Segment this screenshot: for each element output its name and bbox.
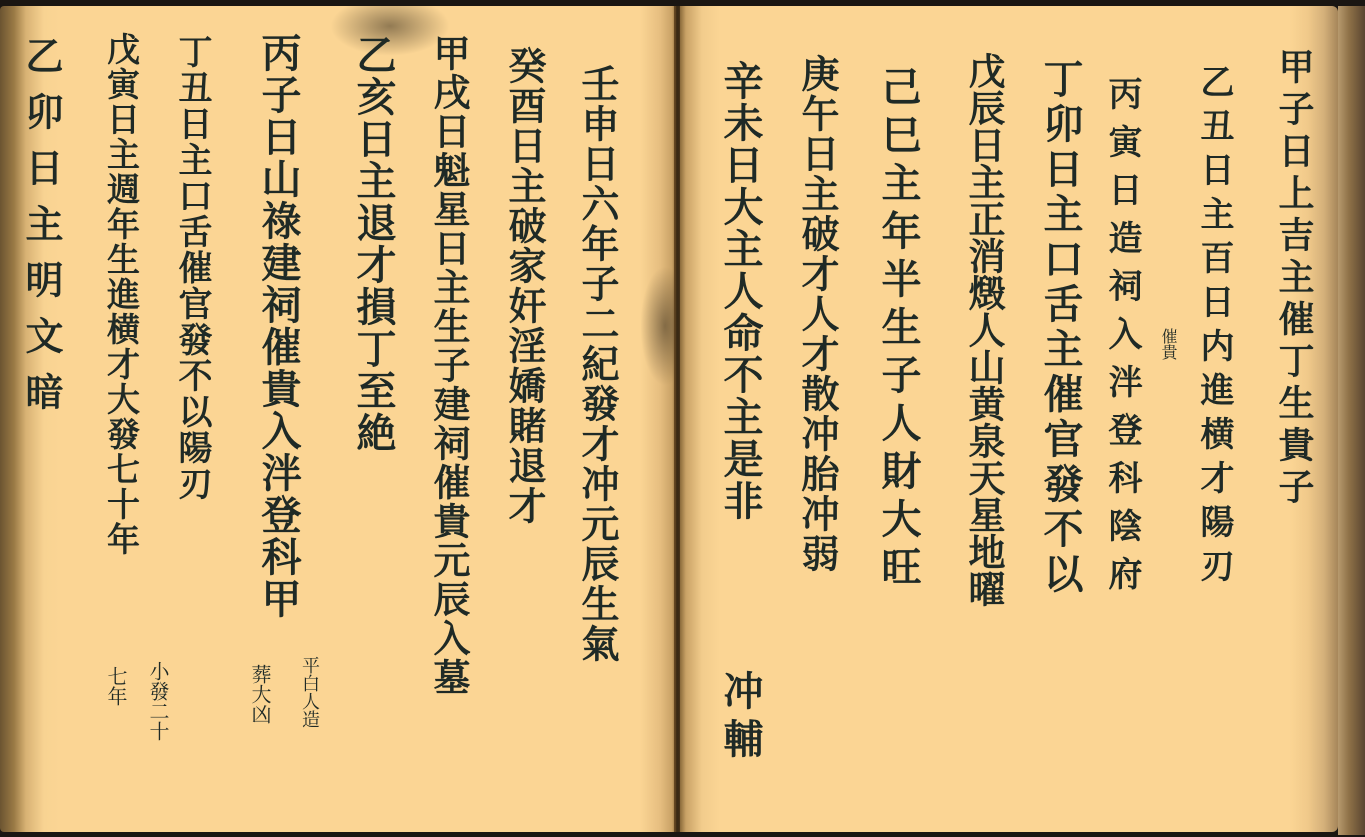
ink-stain (640, 266, 676, 386)
text-column: 丙寅日造祠入泮登科陰府 (1105, 76, 1139, 604)
text-column: 戊寅日主週年生進横才大發七十年 (105, 32, 138, 557)
annotation: 小發二十 (148, 661, 168, 741)
text-column: 丁丑日主口舌催官發不以陽刃 (175, 34, 209, 502)
annotation: 葬大凶 (250, 664, 270, 724)
text-column: 丁卯日主口舌主催官發不以 (1040, 58, 1080, 598)
text-column: 甲戌日魁星日主生子建祠催貴元辰入墓 (430, 34, 467, 697)
annotation: 催貴 (1160, 328, 1176, 360)
open-book: 壬申日六年子二紀發才冲元辰生氣 癸酉日主破家奸淫嬌賭退才 甲戌日魁星日主生子建祠… (0, 6, 1365, 835)
text-column: 冲輔 (720, 670, 760, 766)
text-column: 丙子日山祿建祠催貴入泮登科甲 (258, 32, 298, 620)
text-column: 戊辰日主正消燬人山黄泉天星地曜 (965, 52, 1002, 607)
text-column: 辛未日大主人命不主是非 (720, 60, 760, 522)
right-page: 甲子日上吉主催丁生貴子 乙丑日主百日内進横才陽刃 丙寅日造祠入泮登科陰府 催貴 … (680, 6, 1338, 832)
text-column: 庚午日主破才人才散冲胎冲弱 (798, 54, 836, 574)
text-column: 乙亥日主退才損丁至絶 (353, 34, 393, 454)
text-column: 癸酉日主破家奸淫嬌賭退才 (505, 46, 543, 526)
text-column: 壬申日六年子二紀發才冲元辰生氣 (578, 64, 616, 664)
text-column: 乙卯日主明文暗 (22, 36, 60, 428)
text-column: 己巳主年半生子人財大旺 (878, 66, 918, 594)
annotation: 七年 (106, 666, 126, 706)
left-page: 壬申日六年子二紀發才冲元辰生氣 癸酉日主破家奸淫嬌賭退才 甲戌日魁星日主生子建祠… (0, 6, 676, 832)
text-column: 乙丑日主百日内進横才陽刃 (1197, 64, 1231, 592)
text-column: 甲子日上吉主催丁生貴子 (1276, 48, 1312, 510)
page-edge (1338, 6, 1365, 835)
annotation: 平白人造 (300, 656, 318, 728)
